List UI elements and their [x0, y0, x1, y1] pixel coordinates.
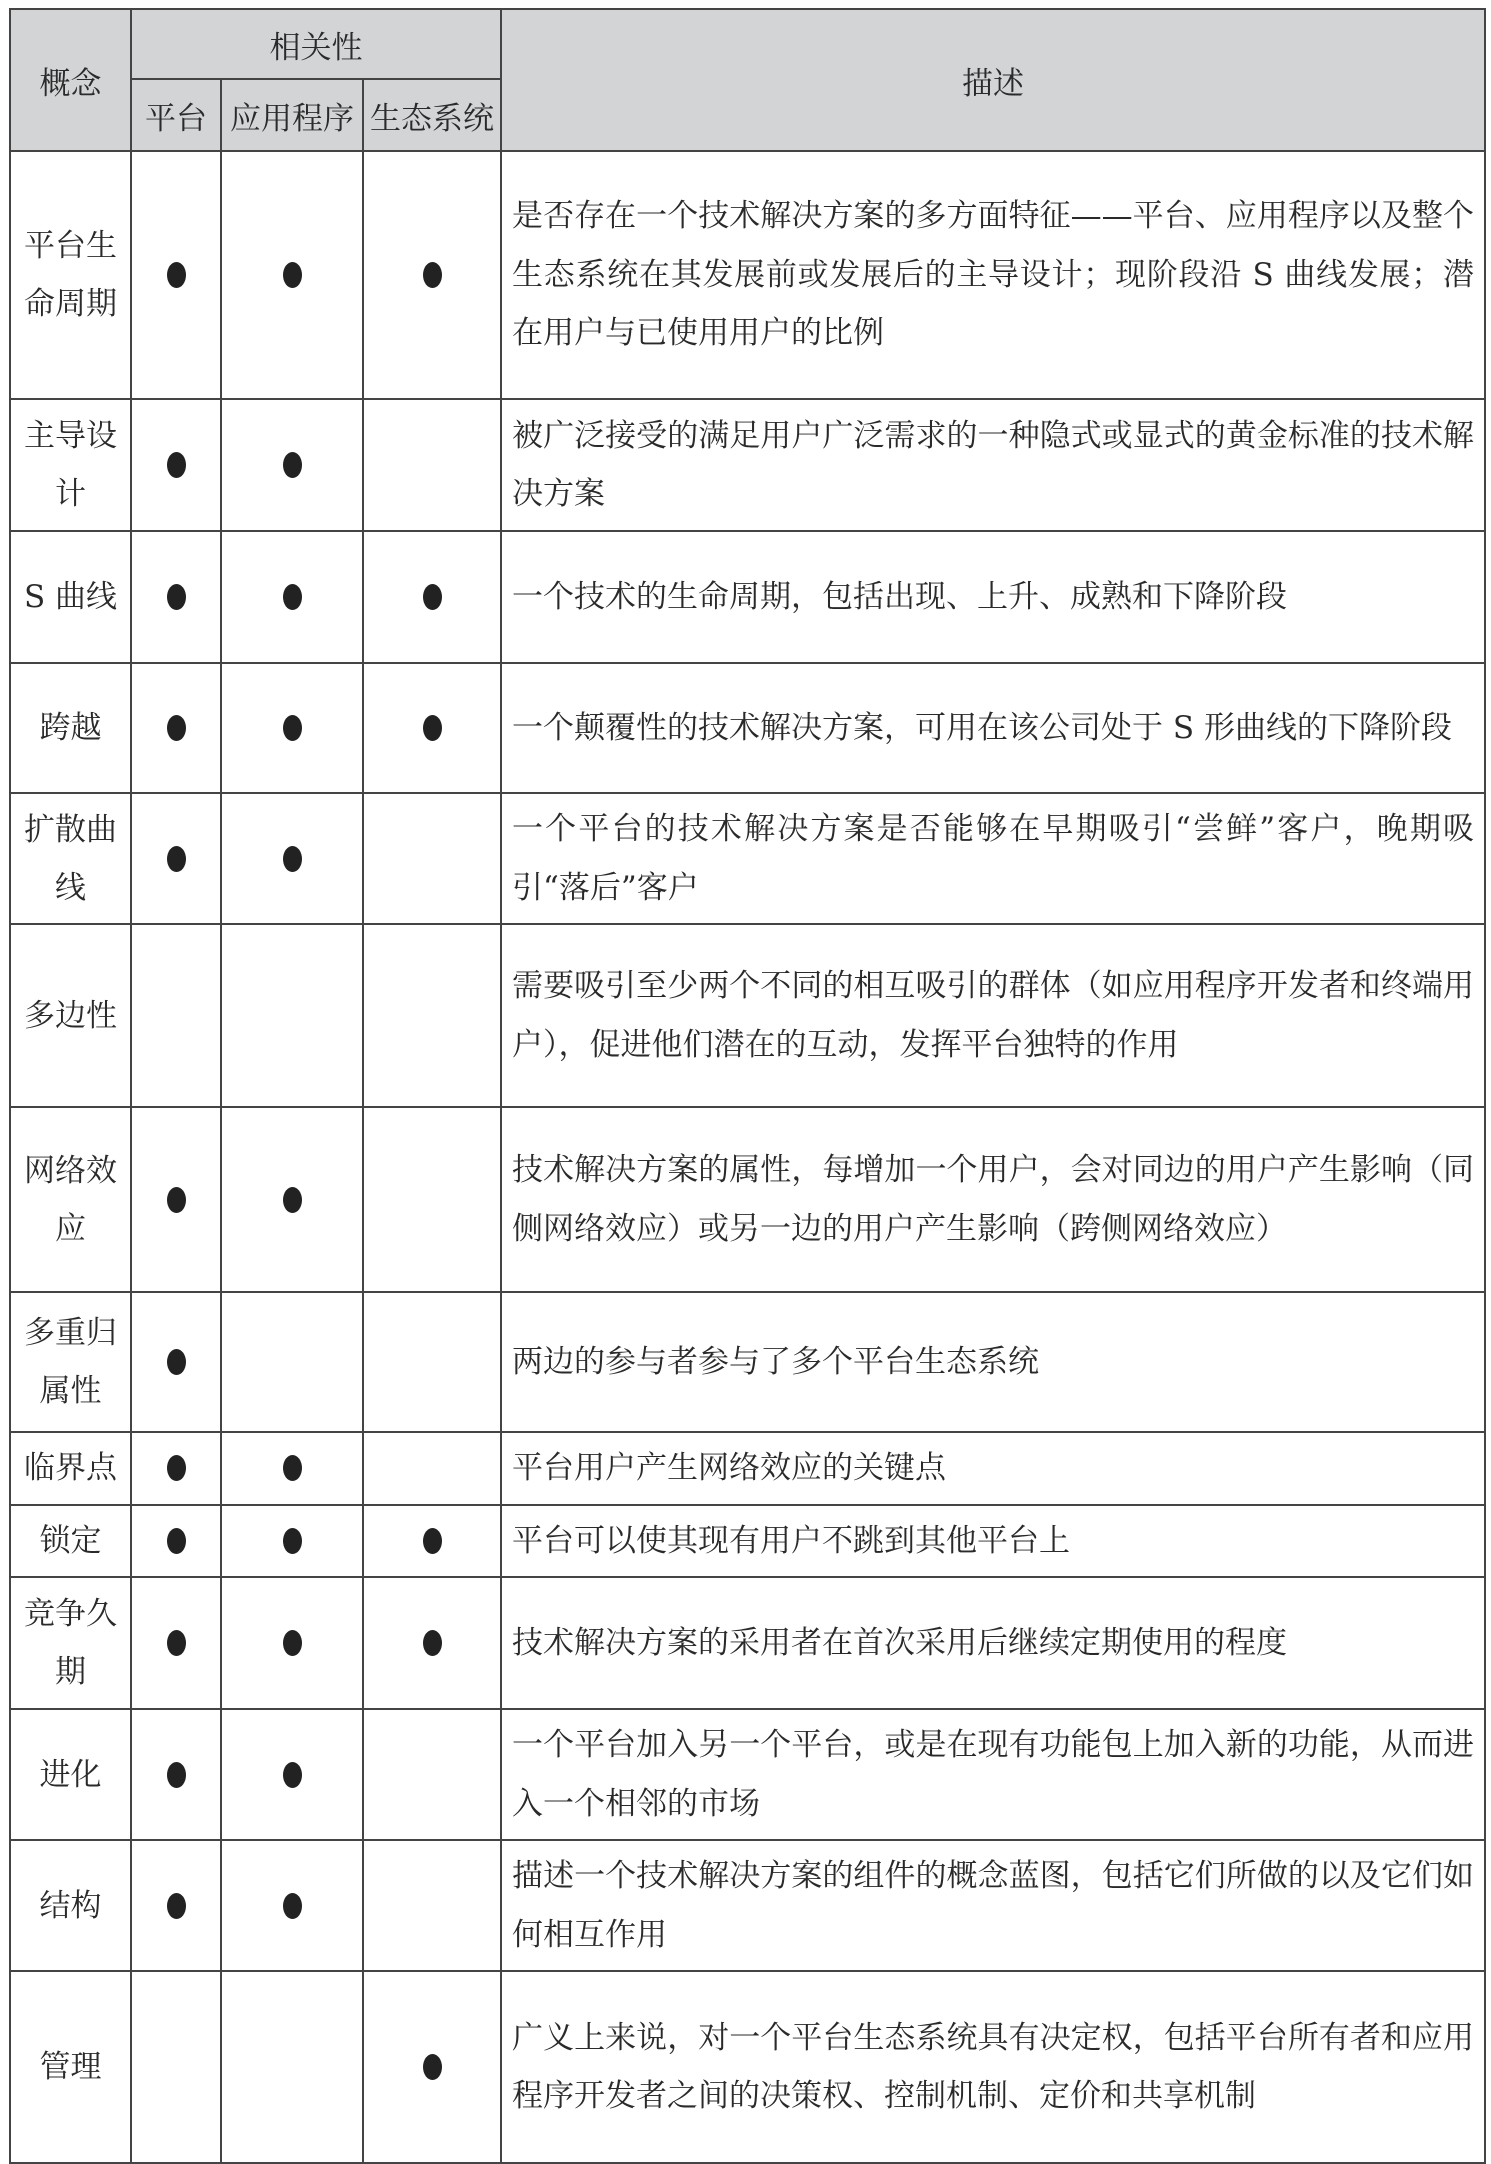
table-row: 扩散曲线一个平台的技术解决方案是否能够在早期吸引“尝鲜”客户，晚期吸引“落后”客…	[10, 793, 1485, 924]
concept-relevance-table: 概念 相关性 描述 平台 应用程序 生态系统 平台生命周期是否存在一个技术解决方…	[9, 8, 1486, 2164]
concept-cell: 跨越	[10, 663, 131, 793]
platform-relevance-cell	[131, 1709, 221, 1840]
concept-cell: 结构	[10, 1840, 131, 1971]
filled-circle-icon	[167, 715, 186, 741]
concept-cell: S 曲线	[10, 531, 131, 663]
concept-cell: 主导设计	[10, 399, 131, 531]
ecosystem-relevance-cell	[363, 1577, 501, 1709]
platform-relevance-cell	[131, 1577, 221, 1709]
filled-circle-icon	[283, 452, 302, 478]
description-cell: 是否存在一个技术解决方案的多方面特征——平台、应用程序以及整个生态系统在其发展前…	[501, 151, 1485, 399]
application-relevance-cell	[221, 1432, 363, 1505]
platform-relevance-cell	[131, 1292, 221, 1432]
platform-relevance-cell	[131, 924, 221, 1107]
application-relevance-cell	[221, 1505, 363, 1578]
application-relevance-cell	[221, 531, 363, 663]
description-cell: 一个平台加入另一个平台，或是在现有功能包上加入新的功能，从而进入一个相邻的市场	[501, 1709, 1485, 1840]
application-relevance-cell	[221, 399, 363, 531]
description-cell: 平台用户产生网络效应的关键点	[501, 1432, 1485, 1505]
filled-circle-icon	[283, 715, 302, 741]
description-cell: 需要吸引至少两个不同的相互吸引的群体（如应用程序开发者和终端用户），促进他们潜在…	[501, 924, 1485, 1107]
platform-relevance-cell	[131, 793, 221, 924]
concept-cell: 多重归属性	[10, 1292, 131, 1432]
table-row: 临界点平台用户产生网络效应的关键点	[10, 1432, 1485, 1505]
description-cell: 被广泛接受的满足用户广泛需求的一种隐式或显式的黄金标准的技术解决方案	[501, 399, 1485, 531]
filled-circle-icon	[167, 1349, 186, 1375]
header-application: 应用程序	[221, 79, 363, 151]
filled-circle-icon	[167, 452, 186, 478]
ecosystem-relevance-cell	[363, 531, 501, 663]
platform-relevance-cell	[131, 1971, 221, 2163]
platform-relevance-cell	[131, 399, 221, 531]
table-row: 平台生命周期是否存在一个技术解决方案的多方面特征——平台、应用程序以及整个生态系…	[10, 151, 1485, 399]
application-relevance-cell	[221, 1107, 363, 1292]
filled-circle-icon	[423, 1528, 442, 1554]
table-row: 跨越一个颠覆性的技术解决方案，可用在该公司处于 S 形曲线的下降阶段	[10, 663, 1485, 793]
table-row: 网络效应技术解决方案的属性，每增加一个用户，会对同边的用户产生影响（同侧网络效应…	[10, 1107, 1485, 1292]
filled-circle-icon	[423, 2054, 442, 2080]
description-cell: 一个技术的生命周期，包括出现、上升、成熟和下降阶段	[501, 531, 1485, 663]
description-cell: 广义上来说，对一个平台生态系统具有决定权，包括平台所有者和应用程序开发者之间的决…	[501, 1971, 1485, 2163]
concept-cell: 网络效应	[10, 1107, 131, 1292]
header-platform: 平台	[131, 79, 221, 151]
platform-relevance-cell	[131, 1432, 221, 1505]
platform-relevance-cell	[131, 151, 221, 399]
application-relevance-cell	[221, 1292, 363, 1432]
ecosystem-relevance-cell	[363, 1505, 501, 1578]
description-cell: 技术解决方案的采用者在首次采用后继续定期使用的程度	[501, 1577, 1485, 1709]
description-cell: 描述一个技术解决方案的组件的概念蓝图，包括它们所做的以及它们如何相互作用	[501, 1840, 1485, 1971]
platform-relevance-cell	[131, 1840, 221, 1971]
filled-circle-icon	[167, 1893, 186, 1919]
platform-relevance-cell	[131, 1107, 221, 1292]
application-relevance-cell	[221, 1709, 363, 1840]
filled-circle-icon	[423, 262, 442, 288]
ecosystem-relevance-cell	[363, 793, 501, 924]
platform-relevance-cell	[131, 663, 221, 793]
ecosystem-relevance-cell	[363, 1709, 501, 1840]
table-row: 进化一个平台加入另一个平台，或是在现有功能包上加入新的功能，从而进入一个相邻的市…	[10, 1709, 1485, 1840]
concept-cell: 多边性	[10, 924, 131, 1107]
filled-circle-icon	[423, 1630, 442, 1656]
application-relevance-cell	[221, 663, 363, 793]
ecosystem-relevance-cell	[363, 1292, 501, 1432]
filled-circle-icon	[423, 584, 442, 610]
ecosystem-relevance-cell	[363, 1432, 501, 1505]
description-cell: 一个颠覆性的技术解决方案，可用在该公司处于 S 形曲线的下降阶段	[501, 663, 1485, 793]
ecosystem-relevance-cell	[363, 924, 501, 1107]
table-row: 主导设计被广泛接受的满足用户广泛需求的一种隐式或显式的黄金标准的技术解决方案	[10, 399, 1485, 531]
concept-cell: 锁定	[10, 1505, 131, 1578]
table-body: 平台生命周期是否存在一个技术解决方案的多方面特征——平台、应用程序以及整个生态系…	[10, 151, 1485, 2163]
filled-circle-icon	[167, 1187, 186, 1213]
table-row: 管理广义上来说，对一个平台生态系统具有决定权，包括平台所有者和应用程序开发者之间…	[10, 1971, 1485, 2163]
filled-circle-icon	[283, 1630, 302, 1656]
filled-circle-icon	[283, 1187, 302, 1213]
concept-cell: 扩散曲线	[10, 793, 131, 924]
filled-circle-icon	[283, 1528, 302, 1554]
description-cell: 一个平台的技术解决方案是否能够在早期吸引“尝鲜”客户，晚期吸引“落后”客户	[501, 793, 1485, 924]
concept-cell: 平台生命周期	[10, 151, 131, 399]
table-row: S 曲线一个技术的生命周期，包括出现、上升、成熟和下降阶段	[10, 531, 1485, 663]
application-relevance-cell	[221, 1577, 363, 1709]
table-row: 锁定平台可以使其现有用户不跳到其他平台上	[10, 1505, 1485, 1578]
concept-cell: 临界点	[10, 1432, 131, 1505]
filled-circle-icon	[283, 1455, 302, 1481]
table-row: 竞争久期技术解决方案的采用者在首次采用后继续定期使用的程度	[10, 1577, 1485, 1709]
filled-circle-icon	[167, 1630, 186, 1656]
ecosystem-relevance-cell	[363, 1840, 501, 1971]
application-relevance-cell	[221, 1971, 363, 2163]
application-relevance-cell	[221, 924, 363, 1107]
filled-circle-icon	[167, 846, 186, 872]
table-row: 结构描述一个技术解决方案的组件的概念蓝图，包括它们所做的以及它们如何相互作用	[10, 1840, 1485, 1971]
table-row: 多重归属性两边的参与者参与了多个平台生态系统	[10, 1292, 1485, 1432]
application-relevance-cell	[221, 1840, 363, 1971]
ecosystem-relevance-cell	[363, 1971, 501, 2163]
ecosystem-relevance-cell	[363, 663, 501, 793]
concept-cell: 管理	[10, 1971, 131, 2163]
filled-circle-icon	[167, 1528, 186, 1554]
filled-circle-icon	[167, 584, 186, 610]
application-relevance-cell	[221, 793, 363, 924]
filled-circle-icon	[283, 262, 302, 288]
platform-relevance-cell	[131, 531, 221, 663]
filled-circle-icon	[283, 1893, 302, 1919]
description-cell: 两边的参与者参与了多个平台生态系统	[501, 1292, 1485, 1432]
filled-circle-icon	[283, 584, 302, 610]
header-description: 描述	[501, 9, 1485, 151]
ecosystem-relevance-cell	[363, 1107, 501, 1292]
filled-circle-icon	[167, 1762, 186, 1788]
header-ecosystem: 生态系统	[363, 79, 501, 151]
application-relevance-cell	[221, 151, 363, 399]
filled-circle-icon	[167, 262, 186, 288]
filled-circle-icon	[167, 1455, 186, 1481]
description-cell: 平台可以使其现有用户不跳到其他平台上	[501, 1505, 1485, 1578]
table-row: 多边性需要吸引至少两个不同的相互吸引的群体（如应用程序开发者和终端用户），促进他…	[10, 924, 1485, 1107]
ecosystem-relevance-cell	[363, 151, 501, 399]
description-cell: 技术解决方案的属性，每增加一个用户，会对同边的用户产生影响（同侧网络效应）或另一…	[501, 1107, 1485, 1292]
concept-cell: 竞争久期	[10, 1577, 131, 1709]
platform-relevance-cell	[131, 1505, 221, 1578]
filled-circle-icon	[283, 846, 302, 872]
filled-circle-icon	[283, 1762, 302, 1788]
concept-cell: 进化	[10, 1709, 131, 1840]
filled-circle-icon	[423, 715, 442, 741]
header-relevance: 相关性	[131, 9, 501, 79]
ecosystem-relevance-cell	[363, 399, 501, 531]
header-concept: 概念	[10, 9, 131, 151]
